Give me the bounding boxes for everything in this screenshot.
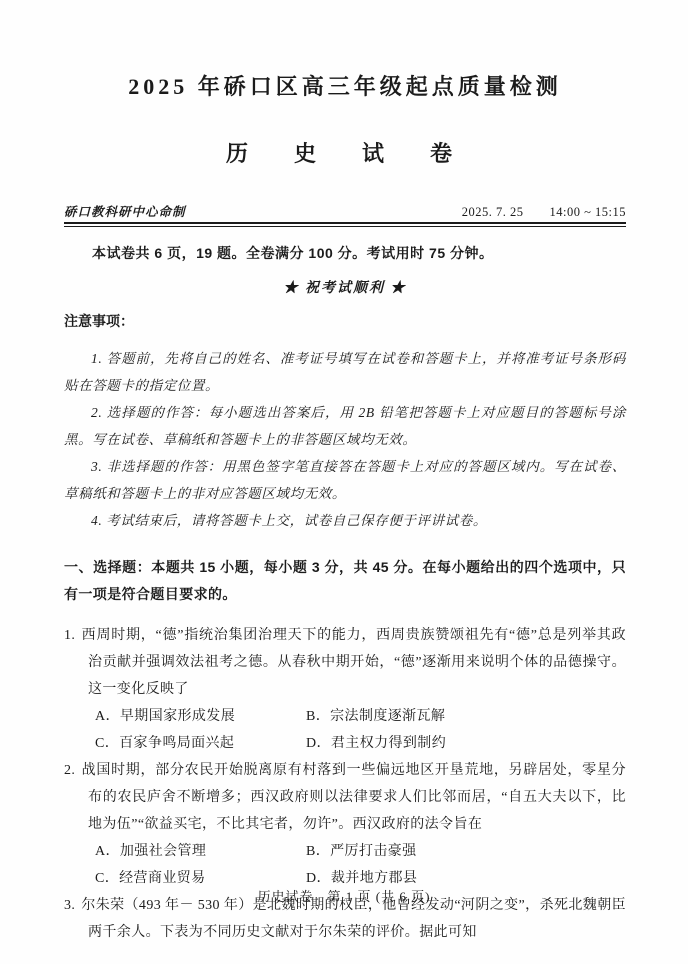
question-1-option-a: A．早期国家形成发展 xyxy=(95,703,306,730)
issuing-office: 硚口教科研中心命制 xyxy=(64,202,186,220)
notice-item-3: 3. 非选择题的作答：用黑色签字笔直接答在答题卡上对应的答题区域内。写在试卷、草… xyxy=(64,453,626,507)
question-1-stem: 1.西周时期，“德”指统治集团治理天下的能力，西周贵族赞颂祖先有“德”总是列举其… xyxy=(64,622,626,703)
question-1-option-d: D．君主权力得到制约 xyxy=(306,730,626,757)
question-2-option-b: B．严厉打击豪强 xyxy=(306,838,626,865)
question-2: 2.战国时期，部分农民开始脱离原有村落到一些偏远地区开垦荒地，另辟居处，零星分布… xyxy=(64,757,626,892)
question-1-number: 1. xyxy=(64,628,75,643)
blessing-line: ★ 祝考试顺利 ★ xyxy=(64,277,626,297)
question-1-text: 西周时期，“德”指统治集团治理天下的能力，西周贵族赞颂祖先有“德”总是列举其政治… xyxy=(81,628,626,697)
notice-item-4: 4. 考试结束后，请将答题卡上交，试卷自己保存便于评讲试卷。 xyxy=(64,507,626,534)
question-2-text: 战国时期，部分农民开始脱离原有村落到一些偏远地区开垦荒地，另辟居处，零星分布的农… xyxy=(81,763,626,832)
exam-paper-page: 2025 年硚口区高三年级起点质量检测 历 史 试 卷 硚口教科研中心命制 20… xyxy=(0,0,688,964)
exam-datetime: 2025. 7. 25 14:00 ~ 15:15 xyxy=(462,202,626,220)
question-1-option-b: B．宗法制度逐渐瓦解 xyxy=(306,703,626,730)
section-1-header: 一、选择题：本题共 15 小题，每小题 3 分，共 45 分。在每小题给出的四个… xyxy=(64,554,626,608)
question-2-stem: 2.战国时期，部分农民开始脱离原有村落到一些偏远地区开垦荒地，另辟居处，零星分布… xyxy=(64,757,626,838)
question-1-options: A．早期国家形成发展 B．宗法制度逐渐瓦解 C．百家争鸣局面兴起 D．君主权力得… xyxy=(95,703,626,757)
question-2-option-a: A．加强社会管理 xyxy=(95,838,306,865)
header-rule xyxy=(64,222,626,227)
exam-title: 2025 年硚口区高三年级起点质量检测 xyxy=(64,70,626,101)
page-footer: 历史试卷 第 1 页 (共 6 页) xyxy=(0,886,688,905)
question-2-number: 2. xyxy=(64,763,75,778)
paper-subject-title: 历 史 试 卷 xyxy=(64,137,626,168)
question-1: 1.西周时期，“德”指统治集团治理天下的能力，西周贵族赞颂祖先有“德”总是列举其… xyxy=(64,622,626,757)
notice-item-1: 1. 答题前，先将自己的姓名、准考证号填写在试卷和答题卡上，并将准考证号条形码贴… xyxy=(64,345,626,399)
question-2-options: A．加强社会管理 B．严厉打击豪强 C．经营商业贸易 D．裁并地方郡县 xyxy=(95,838,626,892)
notice-title: 注意事项： xyxy=(64,311,626,331)
paper-summary: 本试卷共 6 页，19 题。全卷满分 100 分。考试用时 75 分钟。 xyxy=(64,243,626,263)
question-1-option-c: C．百家争鸣局面兴起 xyxy=(95,730,306,757)
notice-item-2: 2. 选择题的作答：每小题选出答案后，用 2B 铅笔把答题卡上对应题目的答题标号… xyxy=(64,399,626,453)
masthead: 硚口教科研中心命制 2025. 7. 25 14:00 ~ 15:15 xyxy=(64,202,626,220)
